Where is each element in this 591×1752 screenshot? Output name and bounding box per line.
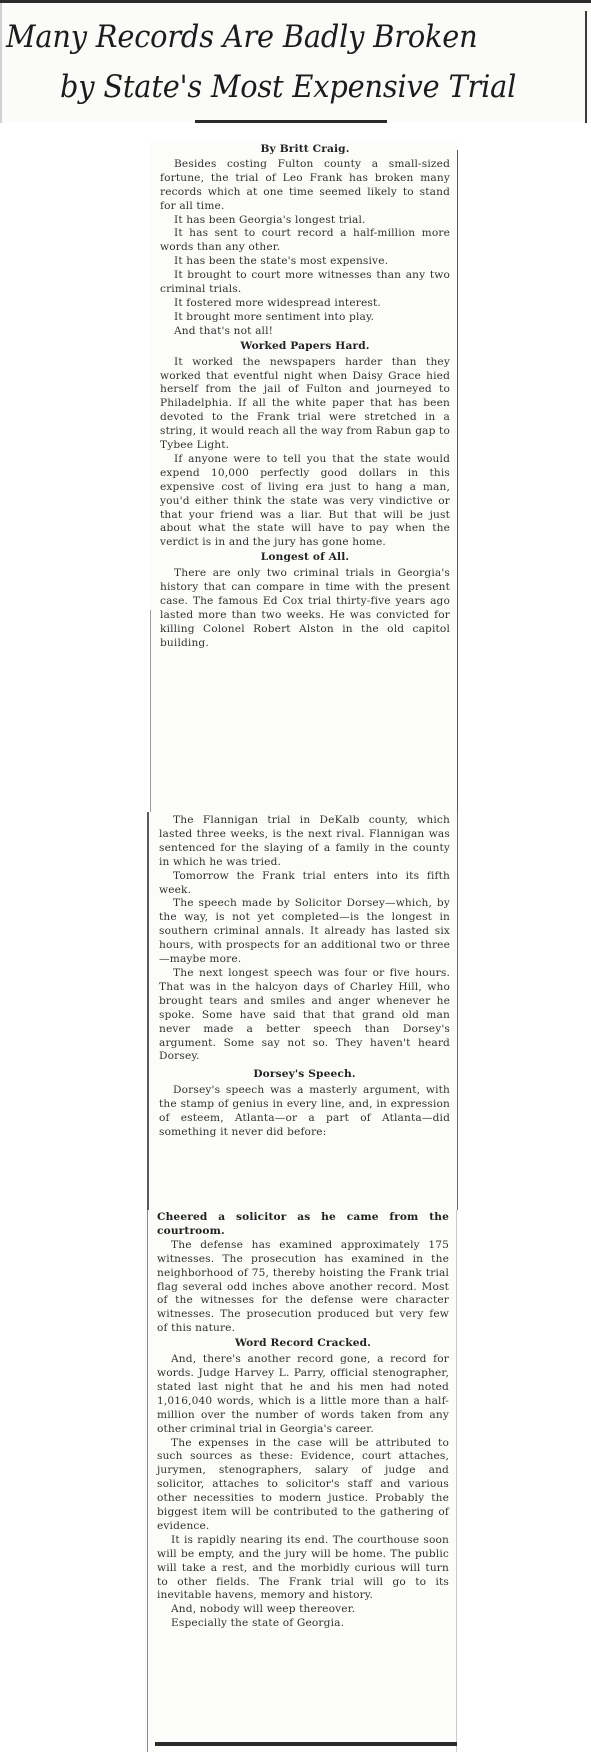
paragraph: It fostered more widespread interest. (160, 297, 450, 311)
paragraph: And that's not all! (160, 325, 450, 339)
subheading: Worked Papers Hard. (160, 340, 450, 354)
paragraph: The expenses in the case will be attribu… (157, 1437, 449, 1534)
paragraph: The Flannigan trial in DeKalb county, wh… (159, 814, 450, 870)
column-segment-1: By Britt Craig. Besides costing Fulton c… (150, 140, 458, 812)
paragraph: It has been Georgia's longest trial. (160, 214, 450, 228)
subheading: Word Record Cracked. (157, 1337, 449, 1351)
paragraph: And, nobody will weep thereover. (157, 1603, 449, 1617)
paragraph: And, there's another record gone, a reco… (157, 1353, 449, 1436)
paragraph: It worked the newspapers harder than the… (160, 356, 450, 453)
headline-line-2: by State's Most Expensive Trial (60, 69, 516, 105)
paragraph: It brought more sentiment into play. (160, 311, 450, 325)
column-segment-2: The Flannigan trial in DeKalb county, wh… (145, 812, 458, 1210)
article-column: By Britt Craig. Besides costing Fulton c… (150, 143, 458, 651)
headline-box: Many Records Are Badly Broken by State's… (0, 0, 591, 123)
paragraph: Tomorrow the Frank trial enters into its… (159, 870, 450, 898)
paragraph: Besides costing Fulton county a small-si… (160, 158, 450, 214)
paragraph: It is rapidly nearing its end. The court… (157, 1534, 449, 1604)
subheading: Dorsey's Speech. (159, 1068, 450, 1082)
paragraph: Dorsey's speech was a masterly argument,… (159, 1084, 450, 1140)
paragraph: If anyone were to tell you that the stat… (160, 453, 450, 550)
headline-underline-rule (195, 120, 387, 123)
article-column: The Flannigan trial in DeKalb county, wh… (145, 814, 458, 1140)
paragraph: It has been the state's most expensive. (160, 255, 450, 269)
byline: By Britt Craig. (160, 143, 450, 157)
lead-paragraph: Cheered a solicitor as he came from the … (157, 1211, 449, 1239)
paragraph: The speech made by Solicitor Dorsey—whic… (159, 897, 450, 967)
article-column: Cheered a solicitor as he came from the … (145, 1211, 457, 1631)
paragraph: The next longest speech was four or five… (159, 967, 450, 1064)
column-segment-3: Cheered a solicitor as he came from the … (145, 1210, 457, 1752)
paragraph: It has sent to court record a half-milli… (160, 227, 450, 255)
bottom-rule (155, 1742, 457, 1746)
paragraph: The defense has examined approximately 1… (157, 1239, 449, 1336)
paragraph: Especially the state of Georgia. (157, 1617, 449, 1631)
headline-line-1: Many Records Are Badly Broken (6, 19, 478, 55)
paragraph: It brought to court more witnesses than … (160, 269, 450, 297)
paragraph: There are only two criminal trials in Ge… (160, 567, 450, 650)
subheading: Longest of All. (160, 551, 450, 565)
